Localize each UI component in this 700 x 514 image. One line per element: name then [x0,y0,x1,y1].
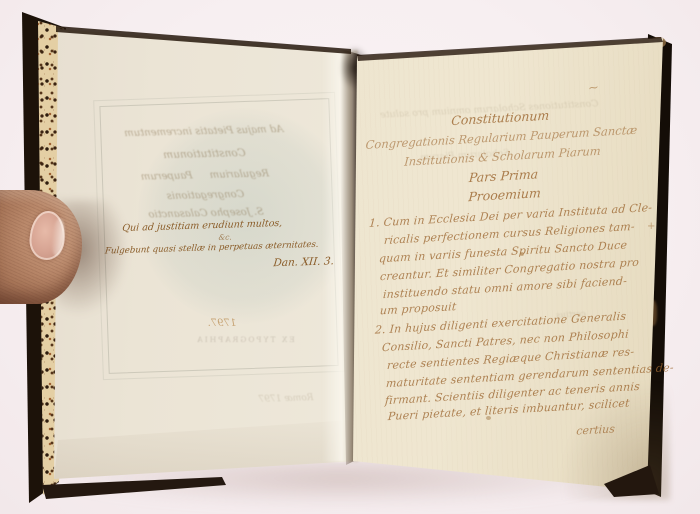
bleedthrough-year: 1797. [200,318,244,329]
quote-citation: Dan. XII. 3. [273,255,335,269]
margin-mark: + [647,221,655,232]
photo-open-manuscript-book: Ad majus Pietatis incrementum Constituti… [0,0,700,514]
bleedthrough-imprint: EX TYPOGRAPHIA [152,335,338,344]
ghost-title-line: Regularium Pauperum [119,168,290,183]
quote-etc-mark: &c. [218,232,232,241]
ghost-title-line: Congregationis [120,188,291,203]
pen-flourish-mark: ~ [587,79,611,97]
right-page-manuscript-text: Constitutionum Congregationis Regularium… [362,81,678,467]
left-page-bleedthrough-text: Ad majus Pietatis incrementum Constituti… [119,124,292,228]
catchword: certius [381,419,677,449]
ghost-title-line: Constitutionum [119,146,291,162]
foxing-speck [520,252,524,256]
foxing-speck [486,416,491,420]
